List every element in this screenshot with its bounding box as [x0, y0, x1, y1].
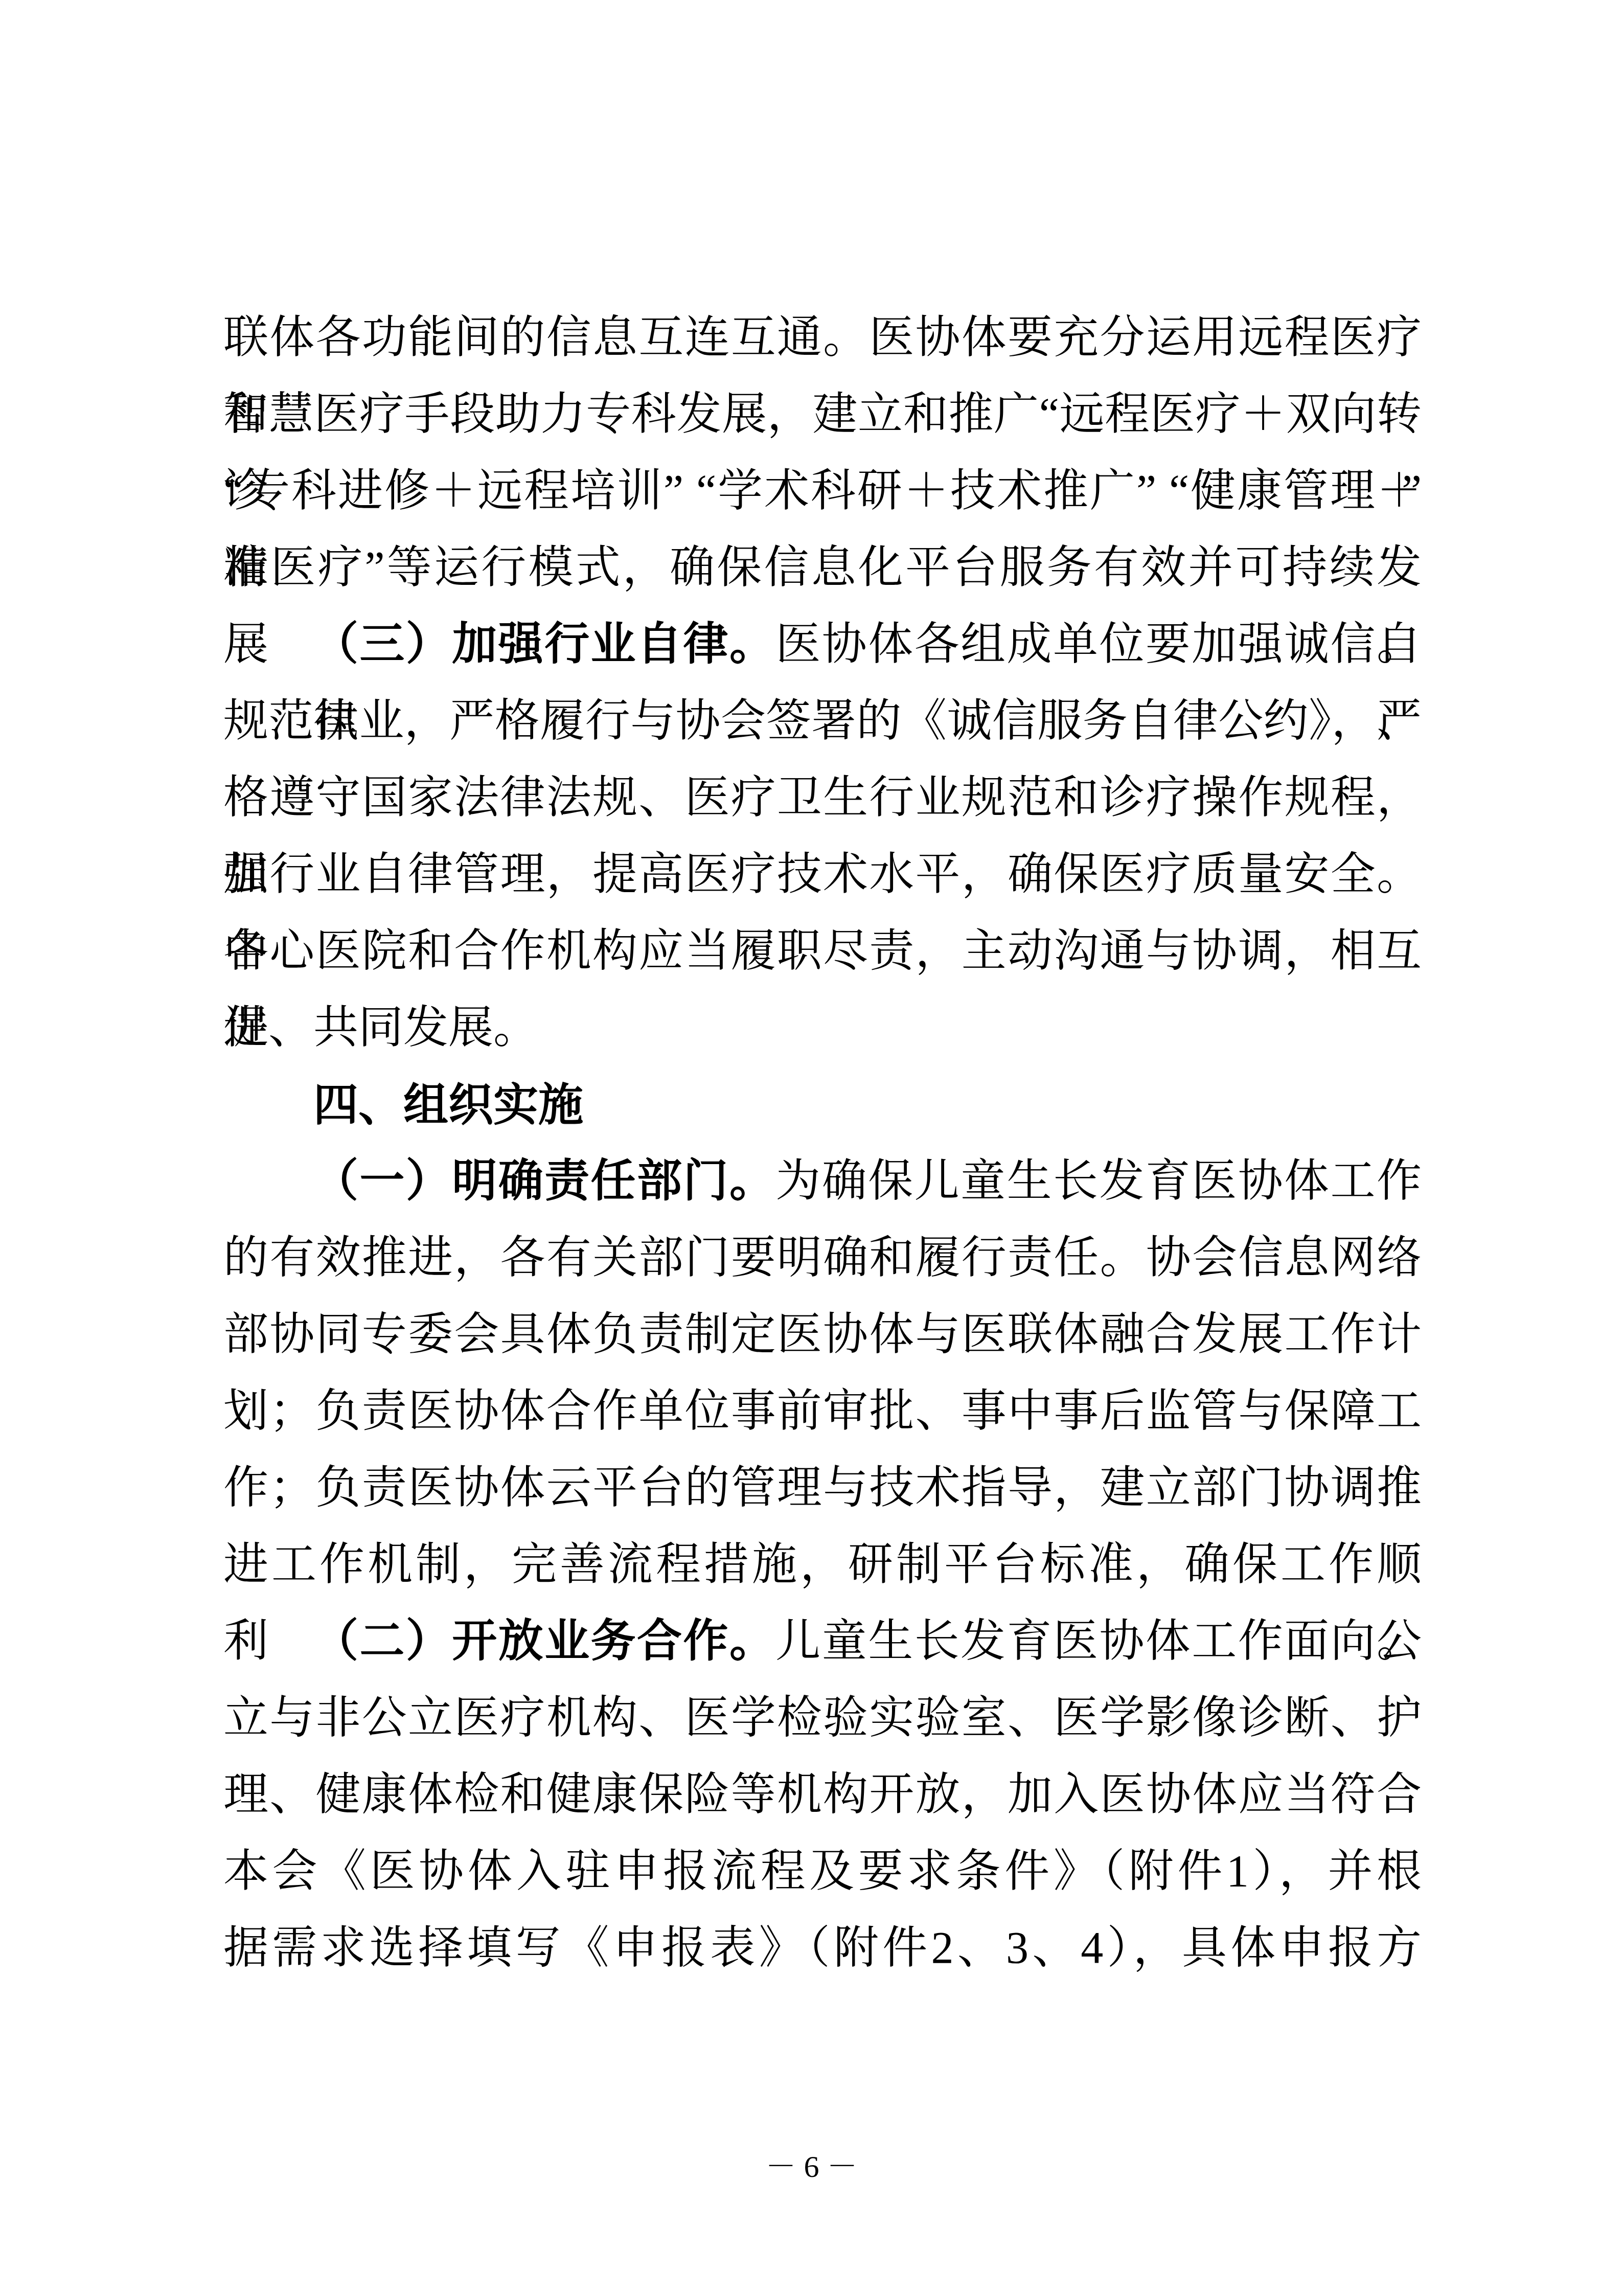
paragraph-lead: （一）明确责任部门。: [313, 1156, 775, 1206]
paragraph-lead: （三）加强行业自律。: [313, 620, 775, 669]
para-item-2: （二）开放业务合作。儿童生长发育医协体工作面向公 立与非公立医疗机构、医学检验实…: [223, 1603, 1422, 1987]
text-line: 规范执业，严格履行与协会签署的《诚信服务自律公约》，严: [223, 683, 1422, 760]
page-number: － 6 －: [0, 2145, 1623, 2188]
para-item-3: （三）加强行业自律。医协体各组成单位要加强诚信自律、 规范执业，严格履行与协会签…: [223, 606, 1422, 1066]
para-item-1: （一）明确责任部门。为确保儿童生长发育医协体工作 的有效推进，各有关部门要明确和…: [223, 1143, 1422, 1603]
text-line: （三）加强行业自律。医协体各组成单位要加强诚信自律、: [223, 606, 1422, 683]
text-line: 进工作机制，完善流程措施，研制平台标准，确保工作顺利。: [223, 1527, 1422, 1603]
text-block: 联体各功能间的信息互连互通。医协体要充分运用远程医疗和 智慧医疗手段助力专科发展…: [223, 300, 1422, 1987]
text-line: “专科进修＋远程培训” “学术科研＋技术推广” “健康管理＋精: [223, 453, 1422, 530]
text-line: 本会《医协体入驻申报流程及要求条件》（附件1），并根: [223, 1833, 1422, 1910]
section-heading: 四、组织实施: [223, 1066, 1422, 1143]
text-line: 中心医院和合作机构应当履职尽责，主动沟通与协调，相互促: [223, 913, 1422, 990]
text-line: 划；负责医协体合作单位事前审批、事中事后监管与保障工: [223, 1373, 1422, 1450]
text-line: 理、健康体检和健康保险等机构开放，加入医协体应当符合: [223, 1757, 1422, 1833]
text-line: 格遵守国家法律法规、医疗卫生行业规范和诊疗操作规程，加: [223, 760, 1422, 836]
text-line: 据需求选择填写《申报表》（附件2、3、4），具体申报方: [223, 1910, 1422, 1987]
text-line: 部协同专委会具体负责制定医协体与医联体融合发展工作计: [223, 1297, 1422, 1373]
text-line: （一）明确责任部门。为确保儿童生长发育医协体工作: [223, 1143, 1422, 1220]
paragraph-lead-rest: 儿童生长发育医协体工作面向公: [775, 1617, 1422, 1666]
text-line: （二）开放业务合作。儿童生长发育医协体工作面向公: [223, 1603, 1422, 1680]
paragraph-lead: （二）开放业务合作。: [313, 1617, 775, 1666]
text-line: 联体各功能间的信息互连互通。医协体要充分运用远程医疗和: [223, 300, 1422, 376]
text-line: 的有效推进，各有关部门要明确和履行责任。协会信息网络: [223, 1220, 1422, 1297]
document-page: 联体各功能间的信息互连互通。医协体要充分运用远程医疗和 智慧医疗手段助力专科发展…: [0, 0, 1623, 2296]
text-line: 进、共同发展。: [223, 990, 1422, 1066]
text-line: 强行业自律管理，提高医疗技术水平，确保医疗质量安全。各: [223, 836, 1422, 913]
text-line: 准医疗”等运行模式，确保信息化平台服务有效并可持续发展。: [223, 530, 1422, 606]
paragraph-lead-rest: 为确保儿童生长发育医协体工作: [775, 1156, 1422, 1206]
text-line: 智慧医疗手段助力专科发展，建立和推广“远程医疗＋双向转诊”: [223, 376, 1422, 453]
text-line: 立与非公立医疗机构、医学检验实验室、医学影像诊断、护: [223, 1680, 1422, 1757]
para-continuation: 联体各功能间的信息互连互通。医协体要充分运用远程医疗和 智慧医疗手段助力专科发展…: [223, 300, 1422, 606]
text-line: 作；负责医协体云平台的管理与技术指导，建立部门协调推: [223, 1450, 1422, 1527]
